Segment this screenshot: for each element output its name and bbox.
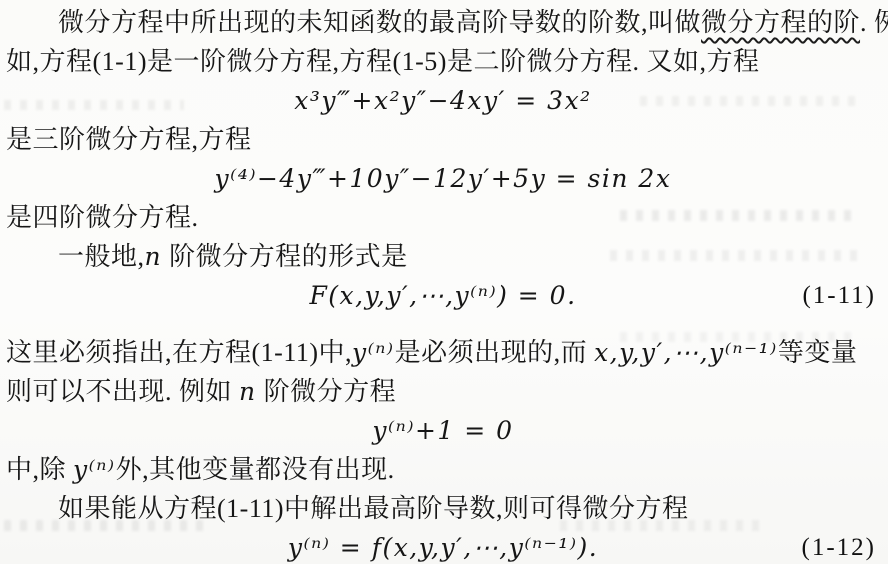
textbook-page: 微分方程中所出现的未知函数的最高阶导数的阶数,叫做微分方程的阶. 例如,方程(1… [0,0,888,564]
text-segment: 是必须出现的,而 [395,338,595,367]
formula-line: x³y‴+x²y″−4xy′ = 3x² [6,81,880,120]
text-line: 中,除 y⁽ⁿ⁾外,其他变量都没有出现. [6,450,880,489]
text-segment: 如果能从方程(1-11)中解出最高阶导数,则可得微分方程 [58,494,689,523]
text-segment: 阶微分方程 [257,377,397,406]
wavy-underlined-term: 微分方程的阶 [701,8,860,37]
inline-math: y⁽ⁿ⁾ [73,455,116,484]
text-line: 则可以不出现. 例如 n 阶微分方程 [6,372,880,411]
formula-line: y⁽⁴⁾−4y‴+10y″−12y′+5y = sin 2x [6,159,880,198]
inline-math: y⁽ⁿ⁾ [352,338,395,367]
formula-line: y⁽ⁿ⁾ = f(x,y,y′,⋯,y⁽ⁿ⁻¹⁾).(1-12) [6,528,880,564]
text-segment: 如,方程(1-1)是一阶微分方程,方程(1-5)是二阶微分方程. 又如,方程 [6,47,759,76]
text-line: 是四阶微分方程. [6,198,880,237]
inline-math: n [239,377,257,406]
text-segment: 阶微分方程的形式是 [162,242,408,271]
text-line: 微分方程中所出现的未知函数的最高阶导数的阶数,叫做微分方程的阶. 例 [6,3,880,42]
formula: x³y‴+x²y″−4xy′ = 3x² [294,86,591,115]
formula-line: y⁽ⁿ⁾+1 = 0 [6,411,880,450]
formula: y⁽ⁿ⁾+1 = 0 [372,416,513,445]
text-segment: 是四阶微分方程. [6,203,199,232]
formula-line: F(x,y,y′,⋯,y⁽ⁿ⁾) = 0.(1-11) [6,276,880,315]
text-segment: 中,除 [6,455,73,484]
text-segment: 这里必须指出,在方程(1-11)中, [6,338,352,367]
text-line: 如果能从方程(1-11)中解出最高阶导数,则可得微分方程 [6,489,880,528]
text-segment: 微分方程中所出现的未知函数的最高阶导数的阶数,叫做 [58,8,701,37]
inline-math: x,y,y′,⋯,y⁽ⁿ⁻¹⁾ [594,338,778,367]
equation-number: (1-11) [802,276,876,315]
formula: y⁽ⁿ⁾ = f(x,y,y′,⋯,y⁽ⁿ⁻¹⁾). [288,533,598,562]
text-segment: 外,其他变量都没有出现. [116,455,395,484]
text-line: 是三阶微分方程,方程 [6,120,880,159]
text-line: 这里必须指出,在方程(1-11)中,y⁽ⁿ⁾是必须出现的,而 x,y,y′,⋯,… [6,333,880,372]
text-line: 一般地,n 阶微分方程的形式是 [6,237,880,276]
text-segment: 则可以不出现. 例如 [6,377,239,406]
text-segment: . 例 [860,8,888,37]
page-content: 微分方程中所出现的未知函数的最高阶导数的阶数,叫做微分方程的阶. 例如,方程(1… [6,3,880,564]
text-segment: 等变量 [778,338,858,367]
text-segment: 一般地, [58,242,145,271]
equation-number: (1-12) [802,528,876,564]
formula: F(x,y,y′,⋯,y⁽ⁿ⁾) = 0. [309,281,576,310]
text-line: 如,方程(1-1)是一阶微分方程,方程(1-5)是二阶微分方程. 又如,方程 [6,42,880,81]
formula: y⁽⁴⁾−4y‴+10y″−12y′+5y = sin 2x [215,164,672,193]
text-segment: 是三阶微分方程,方程 [6,125,252,154]
inline-math: n [145,242,163,271]
